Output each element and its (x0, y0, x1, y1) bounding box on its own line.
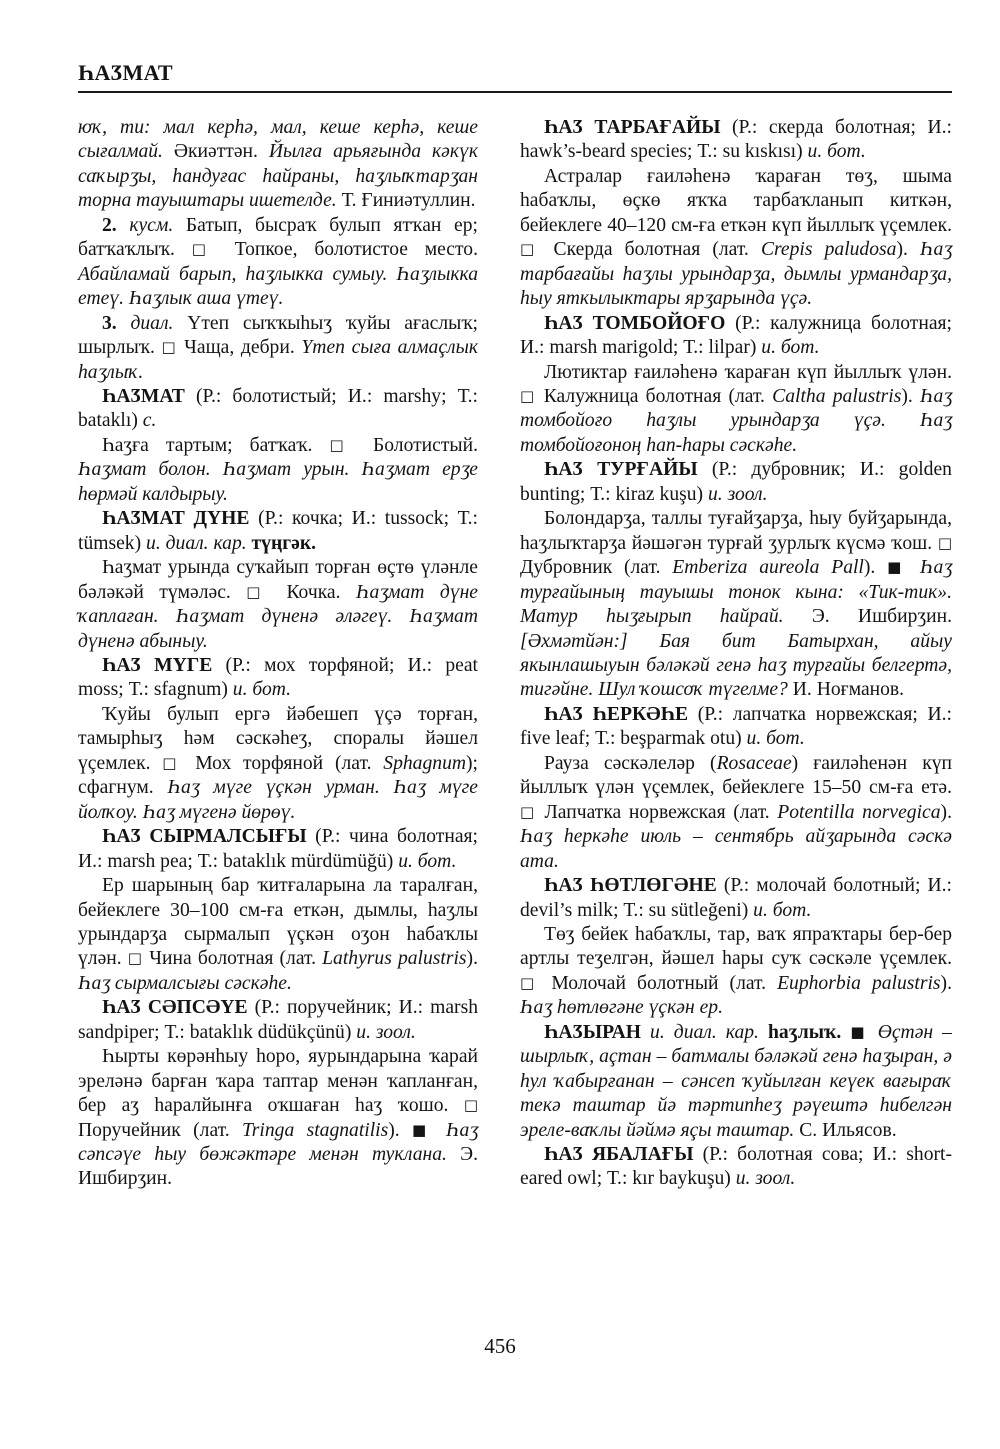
headword: ҺАӠ ТАРБАҒАЙЫ (544, 117, 721, 138)
russian-equivalent: Дубровник (лат. (520, 557, 672, 578)
russian-equivalent: Мох торфяной (лат. (183, 753, 383, 774)
open-square-icon: □ (128, 949, 143, 967)
definition: Астралар ғаиләһенә ҡараған төӡ, шыма һаб… (520, 166, 952, 236)
sense-2: 2. кусм. Батып, бысраҡ булып ятҡан ер; б… (78, 214, 478, 312)
part-of-speech: и. бот. (233, 679, 291, 700)
entry-header: ҺАӠМАТ ДҮНЕ (Р.: кочка; И.: tussock; Т.:… (78, 507, 478, 556)
definition: ). (896, 239, 920, 260)
headword: ҺАӠ ҺЕРКӘҺЕ (544, 704, 688, 725)
entry-header: ҺАӠ СЫРМАЛСЫҒЫ (Р.: чина болотная; И.: m… (78, 825, 478, 874)
russian-equivalent: Лапчатка норвежская (лат. (537, 802, 777, 823)
author-citation: Э. Ишбирӡин. (784, 606, 952, 627)
russian-equivalent: Кочка. (271, 582, 356, 603)
latin-name: Lathyrus palustris (322, 948, 466, 969)
author-citation: И. Ноғманов. (788, 679, 904, 700)
filled-square-icon: ■ (412, 1121, 434, 1139)
open-square-icon: □ (192, 240, 218, 258)
entry-header: ҺАӠ ТАРБАҒАЙЫ (Р.: скерда болотная; И.: … (520, 116, 952, 165)
author-citation: Т. Ғиниәтуллин. (337, 190, 476, 211)
part-of-speech: и. бот. (753, 900, 811, 921)
entry-body: Астралар ғаиләһенә ҡараған төӡ, шыма һаб… (520, 165, 952, 312)
definition: Болондарӡа, таллы туғайӡарӡа, һыу буйӡар… (520, 508, 952, 553)
open-square-icon: □ (520, 803, 537, 821)
headword: ҺАӠ ҺӨТЛӨГӘНЕ (544, 875, 717, 896)
headword: ҺАӠ ТУРҒАЙЫ (544, 459, 698, 480)
part-of-speech: и. зоол. (708, 484, 768, 505)
part-of-speech: и. бот. (747, 728, 805, 749)
open-square-icon: □ (938, 534, 952, 552)
headword: ҺАӠ МҮГЕ (102, 655, 212, 676)
sense-number: 3. (102, 313, 117, 334)
definition: Төӡ бейек һабаҡлы, тар, ваҡ япраҡтары бе… (520, 924, 952, 969)
russian-equivalent: Калужница болотная (лат. (537, 386, 773, 407)
part-of-speech: и. зоол. (356, 1022, 416, 1043)
definition: ). (941, 973, 952, 994)
entry-header: ҺАӠ МҮГЕ (Р.: мох торфяной; И.: peat mos… (78, 654, 478, 703)
entry-body: Болондарӡа, таллы туғайӡарӡа, һыу буйӡар… (520, 507, 952, 703)
headword: ҺАӠМАТ (102, 386, 185, 407)
entry-header: ҺАӠМАТ (Р.: болотистый; И.: marshy; Т.: … (78, 385, 478, 434)
right-column: ҺАӠ ТАРБАҒАЙЫ (Р.: скерда болотная; И.: … (520, 116, 952, 1192)
latin-name: Euphorbia palustris (777, 973, 940, 994)
russian-equivalent: Скерда болотная (лат. (541, 239, 761, 260)
russian-equivalent: Чина болотная (лат. (143, 948, 322, 969)
example-text: Һаӡ һөтлөгәне үçкән ер. (520, 997, 723, 1018)
example-text: Һаӡмат болон. Һаӡмат урын. Һаӡмат ерӡе һ… (78, 459, 478, 504)
definition: Лютиктар ғаиләһенә ҡараған күп йыллыҡ үл… (544, 362, 952, 383)
entry-header: ҺАӠ СӘПСӘҮЕ (Р.: поручейник; И.: marsh s… (78, 996, 478, 1045)
definition: ). (864, 557, 887, 578)
definition: ). (467, 948, 478, 969)
part-of-speech: и. зоол. (736, 1168, 796, 1189)
filled-square-icon: ■ (887, 558, 908, 576)
entry-body: Һаӡға тартым; батҡаҡ. □ Болотистый. Һаӡм… (78, 434, 478, 507)
example-text: Абайламай барып, һаӡлыкка сумыу. Һаӡлыкк… (78, 264, 478, 309)
page-number: 456 (0, 1334, 1000, 1359)
open-square-icon: □ (520, 974, 540, 992)
usage-label: кусм. (117, 215, 174, 236)
entry-header: ҺАӠ ТОМБОЙОҒО (Р.: калужница болотная; И… (520, 312, 952, 361)
filled-square-icon: ■ (850, 1023, 868, 1041)
cross-reference: түңгәк. (247, 533, 316, 554)
entry-header: ҺАӠ ҺӨТЛӨГӘНЕ (Р.: молочай болотный; И.:… (520, 874, 952, 923)
part-of-speech: и. диал. кар. (641, 1022, 759, 1043)
definition: Һаӡға тартым; батҡаҡ. (102, 435, 330, 456)
part-of-speech: и. диал. кар. (146, 533, 247, 554)
sense-3: 3. диал. Үтеп сыҡҡыһыӡ ҡуйы ағаслыҡ; шыр… (78, 312, 478, 385)
latin-name: Caltha palustris (772, 386, 901, 407)
cross-reference: һаӡлыҡ. (759, 1022, 841, 1043)
definition: ). (388, 1120, 412, 1141)
entry-header: ҺАӠ ҺЕРКӘҺЕ (Р.: лапчатка норвежская; И.… (520, 703, 952, 752)
author-citation: С. Ильясов. (794, 1120, 896, 1141)
part-of-speech: с. (143, 410, 157, 431)
usage-label: диал. (117, 313, 174, 334)
headword: ҺАӠ СӘПСӘҮЕ (102, 997, 248, 1018)
headword: ҺАӠ СЫРМАЛСЫҒЫ (102, 826, 307, 847)
entry-header: ҺАӠ ЯБАЛАҒЫ (Р.: болотная сова; И.: shor… (520, 1143, 952, 1192)
russian-equivalent: Топкое, болотистое место. (218, 239, 478, 260)
continued-paragraph: юҡ, ти: мал керһә, мал, кеше керһә, кеше… (78, 116, 478, 214)
part-of-speech: и. бот. (761, 337, 819, 358)
definition: ). (941, 802, 952, 823)
latin-name: Crepis paludosa (761, 239, 897, 260)
entry-body: Ер шарының бар ҡитғаларына ла таралған, … (78, 874, 478, 996)
open-square-icon: □ (330, 436, 356, 454)
russian-equivalent: Поручейник (лат. (78, 1120, 242, 1141)
entry-body: Һырты көрәнһыу һоро, яурындарына ҡарай э… (78, 1045, 478, 1192)
open-square-icon: □ (162, 338, 178, 356)
headword: ҺАӠМАТ ДҮНЕ (102, 508, 249, 529)
russian-equivalent: Чаща, дебри. (177, 337, 301, 358)
part-of-speech: и. бот. (398, 851, 456, 872)
entry-body: Һаӡмат урында суҡайып торған өçтө үләнле… (78, 556, 478, 654)
latin-name: Potentilla norvegica (777, 802, 940, 823)
latin-name: Sphagnum (383, 753, 466, 774)
headword: ҺАӠ ТОМБОЙОҒО (544, 313, 725, 334)
example-text: Һаӡ һеркәһе июль – сентябрь айӡарында сә… (520, 826, 952, 871)
entry-header: ҺАӠ ТУРҒАЙЫ (Р.: дубровник; И.: golden b… (520, 458, 952, 507)
open-square-icon: □ (520, 240, 541, 258)
running-head: ҺАӠМАТ (78, 60, 173, 86)
russian-equivalent: Болотистый. (356, 435, 478, 456)
sense-number: 2. (102, 215, 117, 236)
entry-body: Ҡуйы булып ергә йәбешеп үçә торған, тамы… (78, 703, 478, 825)
entry-hazyran: ҺАӠЫРАН и. диал. кар. һаӡлыҡ. ■ Өçтән – … (520, 1021, 952, 1143)
open-square-icon: □ (520, 387, 537, 405)
example-text: Һаӡ сырмалсығы сәскәһе. (78, 973, 292, 994)
open-square-icon: □ (246, 583, 271, 601)
definition: Рауза сәскәлеләр ( (544, 753, 717, 774)
entry-body: Төӡ бейек һабаҡлы, тар, ваҡ япраҡтары бе… (520, 923, 952, 1021)
latin-name: Rosaceae (717, 753, 792, 774)
open-square-icon: □ (464, 1096, 478, 1114)
latin-name: Emberiza aureola Pall (672, 557, 864, 578)
russian-equivalent: Молочай болотный (лат. (540, 973, 777, 994)
definition: ). (901, 386, 920, 407)
definition: Һырты көрәнһыу һоро, яурындарына ҡарай э… (78, 1046, 478, 1116)
entry-body: Рауза сәскәлеләр (Rosaceae) ғаиләһенән к… (520, 752, 952, 874)
headword: ҺАӠЫРАН (544, 1022, 641, 1043)
source-text: Әкиәттән. (163, 141, 269, 162)
entry-body: Лютиктар ғаиләһенә ҡараған күп йыллыҡ үл… (520, 361, 952, 459)
open-square-icon: □ (162, 754, 183, 772)
header-rule (78, 91, 952, 93)
part-of-speech: и. бот. (808, 141, 866, 162)
left-column: юҡ, ти: мал керһә, мал, кеше керһә, кеше… (78, 116, 478, 1192)
headword: ҺАӠ ЯБАЛАҒЫ (544, 1144, 693, 1165)
latin-name: Tringa stagnatilis (242, 1120, 388, 1141)
